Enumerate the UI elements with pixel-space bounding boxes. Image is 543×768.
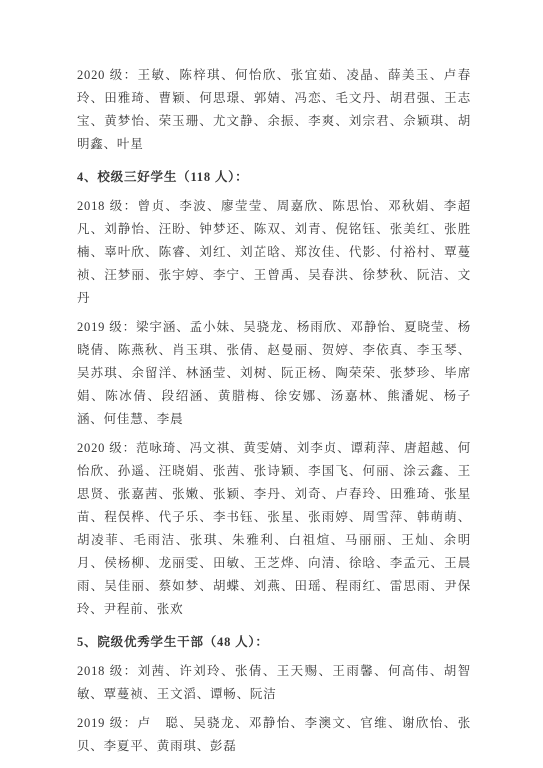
name-list-merit-2018: 2018 级：曾贞、李波、廖莹莹、周嘉欣、陈思怡、邓秋娟、李超凡、刘静怡、汪盼、… (77, 195, 471, 310)
name-list-cadres-2019: 2019 级：卢 聪、吴骁龙、邓静怡、李澳文、官维、谢欣怡、张贝、李夏平、黄雨琪… (77, 712, 471, 758)
name-list-merit-2019: 2019 级：梁宇涵、孟小妹、吴骁龙、杨雨欣、邓静怡、夏晓莹、杨晓倩、陈燕秋、肖… (77, 316, 471, 431)
section-heading-school-merit-students: 4、校级三好学生（118 人）： (77, 166, 471, 189)
section-heading-college-outstanding-cadres: 5、院级优秀学生干部（48 人）： (77, 631, 471, 654)
name-list-merit-2020: 2020 级：范咏琦、冯文祺、黄雯婧、刘李贞、谭莉萍、唐超越、何怡欣、孙遥、汪晓… (77, 437, 471, 621)
name-list-2020-continued: 2020 级：王敏、陈梓琪、何怡欣、张宜茹、凌晶、薛美玉、卢春玲、田雅琦、曹颖、… (77, 64, 471, 156)
name-list-cadres-2018: 2018 级：刘茜、许刘玲、张倩、王天赐、王雨馨、何高伟、胡智敏、覃蔓祯、王文滔… (77, 660, 471, 706)
document-page: 2020 级：王敏、陈梓琪、何怡欣、张宜茹、凌晶、薛美玉、卢春玲、田雅琦、曹颖、… (0, 0, 543, 768)
